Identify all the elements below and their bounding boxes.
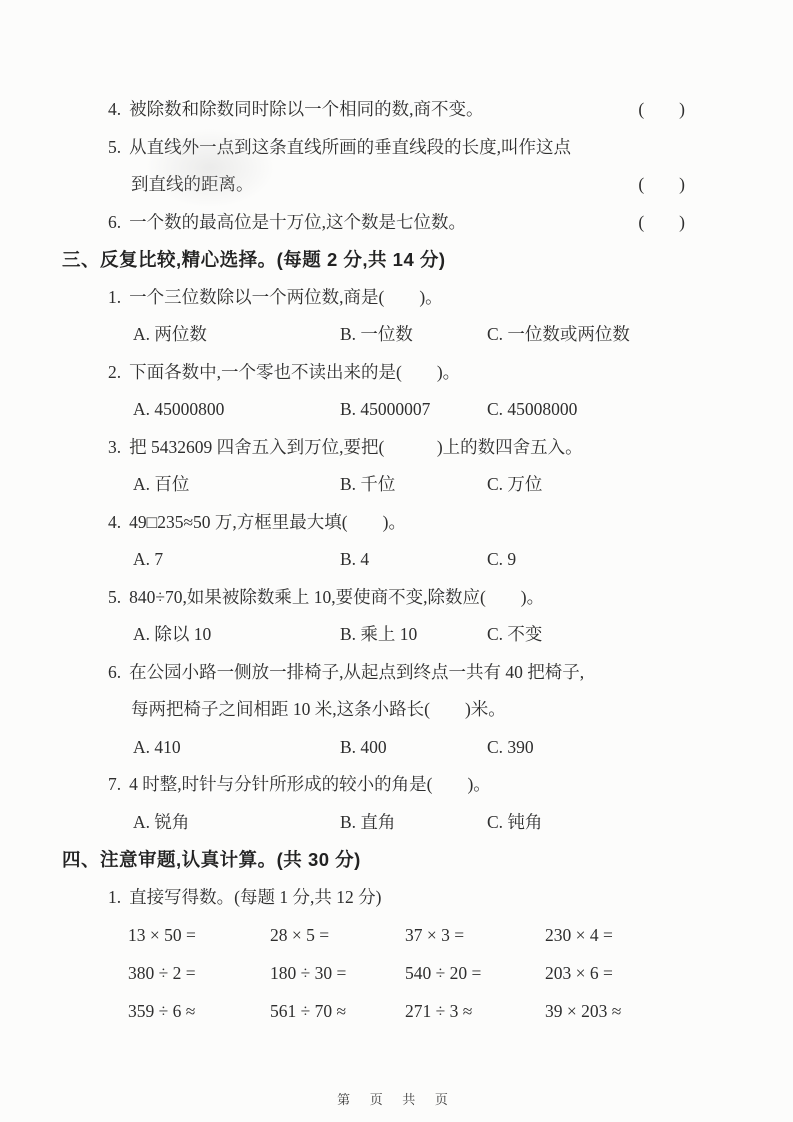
option-a: A. 7 xyxy=(133,541,340,579)
question-text: 下面各数中,一个零也不读出来的是( )。 xyxy=(129,354,460,392)
calc-expression: 540 ÷ 20 = xyxy=(405,954,545,992)
answer-bracket: ( ) xyxy=(638,204,685,242)
option-a: A. 410 xyxy=(133,729,340,767)
subtitle-text: 直接写得数。(每题 1 分,共 12 分) xyxy=(129,879,381,917)
question-text: 从直线外一点到这条直线所画的垂直线段的长度,叫作这点 xyxy=(129,129,571,167)
option-c: C. 万位 xyxy=(487,466,685,504)
true-false-section: 4. 被除数和除数同时除以一个相同的数,商不变。 ( ) 5. 从直线外一点到这… xyxy=(62,91,685,241)
option-b: B. 45000007 xyxy=(340,391,487,429)
option-c: C. 45008000 xyxy=(487,391,685,429)
option-a: A. 百位 xyxy=(133,466,340,504)
question-text: 49□235≈50 万,方框里最大填( )。 xyxy=(129,504,406,542)
calc-expression: 380 ÷ 2 = xyxy=(128,954,270,992)
choice-options-1: A. 两位数 B. 一位数 C. 一位数或两位数 xyxy=(133,316,685,354)
question-text: 每两把椅子之间相距 10 米,这条小路长( )米。 xyxy=(131,691,506,729)
option-a: A. 除以 10 xyxy=(133,616,340,654)
question-number: 5. xyxy=(108,579,121,617)
option-a: A. 锐角 xyxy=(133,804,340,842)
answer-bracket: ( ) xyxy=(638,166,685,204)
calc-expression: 37 × 3 = xyxy=(405,916,545,954)
choice-question-3: 3. 把 5432609 四舍五入到万位,要把( )上的数四舍五入。 xyxy=(108,429,685,467)
calculation-section-title: 四、注意审题,认真计算。(共 30 分) xyxy=(62,841,685,879)
question-text: 一个数的最高位是十万位,这个数是七位数。 xyxy=(129,204,466,242)
question-number: 1. xyxy=(108,279,121,317)
question-number: 4. xyxy=(108,91,121,129)
question-text: 到直线的距离。 xyxy=(131,166,254,204)
option-c: C. 钝角 xyxy=(487,804,685,842)
question-text: 一个三位数除以一个两位数,商是( )。 xyxy=(129,279,443,317)
calc-expression: 561 ÷ 70 ≈ xyxy=(270,992,405,1030)
tf-item-4: 4. 被除数和除数同时除以一个相同的数,商不变。 ( ) xyxy=(108,91,685,129)
question-number: 7. xyxy=(108,766,121,804)
calc-expression: 28 × 5 = xyxy=(270,916,405,954)
calc-expression: 13 × 50 = xyxy=(128,916,270,954)
question-number: 6. xyxy=(108,204,121,242)
tf-item-5: 5. 从直线外一点到这条直线所画的垂直线段的长度,叫作这点 xyxy=(108,129,685,167)
choice-question-6-continuation: 每两把椅子之间相距 10 米,这条小路长( )米。 xyxy=(131,691,685,729)
option-b: B. 4 xyxy=(340,541,487,579)
answer-bracket: ( ) xyxy=(638,91,685,129)
option-b: B. 400 xyxy=(340,729,487,767)
choice-question-6: 6. 在公园小路一侧放一排椅子,从起点到终点一共有 40 把椅子, xyxy=(108,654,685,692)
calc-expression: 203 × 6 = xyxy=(545,954,685,992)
choice-question-2: 2. 下面各数中,一个零也不读出来的是( )。 xyxy=(108,354,685,392)
option-c: C. 390 xyxy=(487,729,685,767)
question-text: 840÷70,如果被除数乘上 10,要使商不变,除数应( )。 xyxy=(129,579,544,617)
exam-page: 4. 被除数和除数同时除以一个相同的数,商不变。 ( ) 5. 从直线外一点到这… xyxy=(0,0,793,1122)
option-b: B. 千位 xyxy=(340,466,487,504)
calc-expression: 271 ÷ 3 ≈ xyxy=(405,992,545,1030)
choice-question-1: 1. 一个三位数除以一个两位数,商是( )。 xyxy=(108,279,685,317)
option-c: C. 一位数或两位数 xyxy=(487,316,685,354)
calc-row-3: 359 ÷ 6 ≈ 561 ÷ 70 ≈ 271 ÷ 3 ≈ 39 × 203 … xyxy=(128,992,685,1030)
question-number: 2. xyxy=(108,354,121,392)
tf-item-5-continuation: 到直线的距离。 ( ) xyxy=(131,166,685,204)
choice-options-3: A. 百位 B. 千位 C. 万位 xyxy=(133,466,685,504)
option-b: B. 一位数 xyxy=(340,316,487,354)
choice-options-4: A. 7 B. 4 C. 9 xyxy=(133,541,685,579)
question-text: 在公园小路一侧放一排椅子,从起点到终点一共有 40 把椅子, xyxy=(129,654,584,692)
choice-section-title: 三、反复比较,精心选择。(每题 2 分,共 14 分) xyxy=(62,241,685,279)
calc-row-2: 380 ÷ 2 = 180 ÷ 30 = 540 ÷ 20 = 203 × 6 … xyxy=(128,954,685,992)
choice-question-4: 4. 49□235≈50 万,方框里最大填( )。 xyxy=(108,504,685,542)
question-text: 4 时整,时针与分针所形成的较小的角是( )。 xyxy=(129,766,491,804)
question-text: 把 5432609 四舍五入到万位,要把( )上的数四舍五入。 xyxy=(129,429,583,467)
calculation-subtitle: 1. 直接写得数。(每题 1 分,共 12 分) xyxy=(108,879,685,917)
option-c: C. 不变 xyxy=(487,616,685,654)
choice-options-2: A. 45000800 B. 45000007 C. 45008000 xyxy=(133,391,685,429)
question-number: 4. xyxy=(108,504,121,542)
choice-options-7: A. 锐角 B. 直角 C. 钝角 xyxy=(133,804,685,842)
option-b: B. 乘上 10 xyxy=(340,616,487,654)
option-a: A. 两位数 xyxy=(133,316,340,354)
question-number: 3. xyxy=(108,429,121,467)
option-b: B. 直角 xyxy=(340,804,487,842)
calc-expression: 39 × 203 ≈ xyxy=(545,992,685,1030)
question-text: 被除数和除数同时除以一个相同的数,商不变。 xyxy=(129,91,483,129)
page-footer: 第 页 共 页 xyxy=(0,1089,793,1108)
choice-options-5: A. 除以 10 B. 乘上 10 C. 不变 xyxy=(133,616,685,654)
choice-question-7: 7. 4 时整,时针与分针所形成的较小的角是( )。 xyxy=(108,766,685,804)
calc-row-1: 13 × 50 = 28 × 5 = 37 × 3 = 230 × 4 = xyxy=(128,916,685,954)
question-number: 1. xyxy=(108,879,121,917)
question-number: 6. xyxy=(108,654,121,692)
calc-expression: 230 × 4 = xyxy=(545,916,685,954)
option-a: A. 45000800 xyxy=(133,391,340,429)
calc-expression: 359 ÷ 6 ≈ xyxy=(128,992,270,1030)
calc-expression: 180 ÷ 30 = xyxy=(270,954,405,992)
calculation-section: 四、注意审题,认真计算。(共 30 分) 1. 直接写得数。(每题 1 分,共 … xyxy=(62,841,685,1030)
question-number: 5. xyxy=(108,129,121,167)
choice-options-6: A. 410 B. 400 C. 390 xyxy=(133,729,685,767)
choice-question-5: 5. 840÷70,如果被除数乘上 10,要使商不变,除数应( )。 xyxy=(108,579,685,617)
choice-section: 三、反复比较,精心选择。(每题 2 分,共 14 分) 1. 一个三位数除以一个… xyxy=(62,241,685,841)
tf-item-6: 6. 一个数的最高位是十万位,这个数是七位数。 ( ) xyxy=(108,204,685,242)
option-c: C. 9 xyxy=(487,541,685,579)
